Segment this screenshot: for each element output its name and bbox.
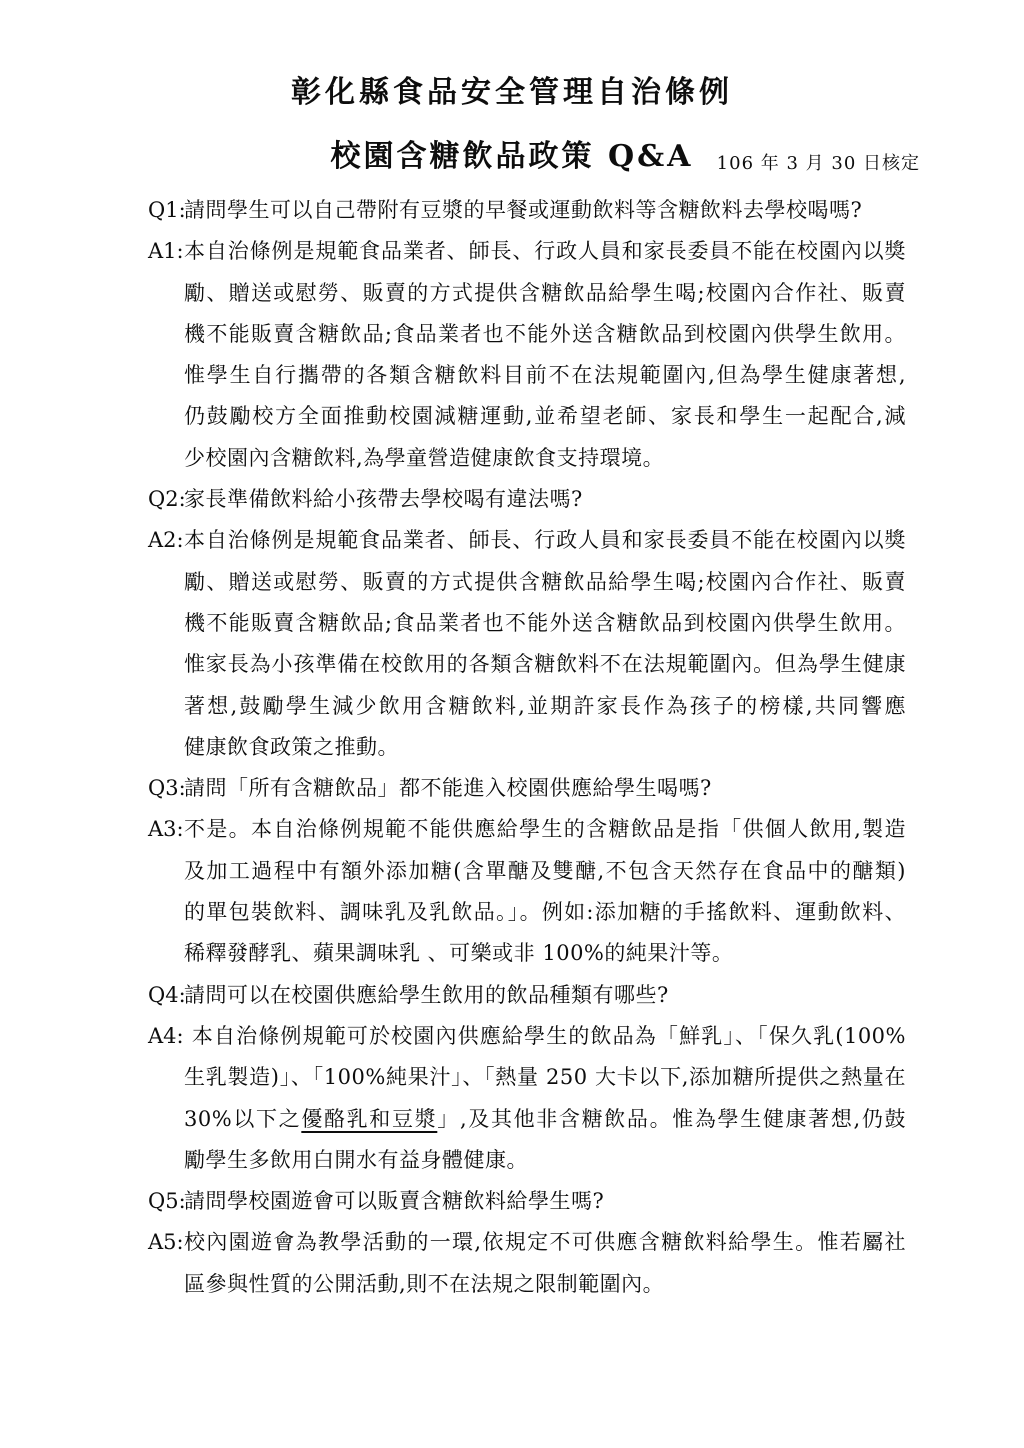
document-title: 彰化縣食品安全管理自治條例: [0, 74, 1024, 112]
qa-label-a3: A3:: [148, 809, 184, 850]
qa-lines: 請問學校園遊會可以販賣含糖飲料給學生嗎?: [184, 1181, 908, 1222]
qa-block-a1: A1: 本自治條例是規範食品業者、師長、行政人員和家長委員不能在校園內以獎 勵、…: [148, 231, 908, 479]
qa-line: 本自治條例是規範食品業者、師長、行政人員和家長委員不能在校園內以獎: [184, 520, 906, 561]
qa-line: 健康飲食政策之推動。: [184, 727, 906, 768]
qa-lines: 本自治條例是規範食品業者、師長、行政人員和家長委員不能在校園內以獎 勵、贈送或慰…: [184, 231, 908, 479]
qa-label-q3: Q3:: [148, 768, 186, 809]
qa-label-q2: Q2:: [148, 479, 186, 520]
qa-line: 校內園遊會為教學活動的一環,依規定不可供應含糖飲料給學生。惟若屬社: [184, 1222, 906, 1263]
qa-line: 惟學生自行攜帶的各類含糖飲料目前不在法規範圍內,但為學生健康著想,: [184, 355, 906, 396]
qa-line: 勵、贈送或慰勞、販賣的方式提供含糖飲品給學生喝;校園內合作社、販賣: [184, 273, 906, 314]
qa-line: 機不能販賣含糖飲品;食品業者也不能外送含糖飲品到校園內供學生飲用。: [184, 314, 906, 355]
document-page: 彰化縣食品安全管理自治條例 校園含糖飲品政策 Q&A 106 年 3 月 30 …: [0, 0, 1024, 1448]
qa-lines: 不是。本自治條例規範不能供應給學生的含糖飲品是指「供個人飲用,製造 及加工過程中…: [184, 809, 908, 974]
qa-label-a2: A2:: [148, 520, 184, 561]
qa-lines: 校內園遊會為教學活動的一環,依規定不可供應含糖飲料給學生。惟若屬社 區參與性質的…: [184, 1222, 908, 1305]
qa-line: 少校園內含糖飲料,為學童營造健康飲食支持環境。: [184, 438, 906, 479]
qa-block-a4: A4: 本自治條例規範可於校園內供應給學生的飲品為「鮮乳」、「保久乳(100% …: [148, 1016, 908, 1181]
qa-lines: 家長準備飲料給小孩帶去學校喝有違法嗎?: [184, 479, 908, 520]
qa-label-a5: A5:: [148, 1222, 184, 1263]
qa-label-a4: A4:: [148, 1016, 184, 1057]
qa-line: 家長準備飲料給小孩帶去學校喝有違法嗎?: [184, 479, 906, 520]
qa-lines: 請問「所有含糖飲品」都不能進入校園供應給學生喝嗎?: [184, 768, 908, 809]
qa-line: 請問可以在校園供應給學生飲用的飲品種類有哪些?: [184, 975, 906, 1016]
qa-lines: 請問可以在校園供應給學生飲用的飲品種類有哪些?: [184, 975, 908, 1016]
qa-block-a3: A3: 不是。本自治條例規範不能供應給學生的含糖飲品是指「供個人飲用,製造 及加…: [148, 809, 908, 974]
subtitle-row: 校園含糖飲品政策 Q&A 106 年 3 月 30 日核定: [0, 138, 1024, 176]
qa-body: Q1: 請問學生可以自己帶附有豆漿的早餐或運動飲料等含糖飲料去學校喝嗎? A1:…: [148, 190, 908, 1305]
qa-line: 勵學生多飲用白開水有益身體健康。: [184, 1140, 906, 1181]
qa-line: 不是。本自治條例規範不能供應給學生的含糖飲品是指「供個人飲用,製造: [184, 809, 906, 850]
qa-line: 稀釋發酵乳、蘋果調味乳 、可樂或非 100%的純果汁等。: [184, 933, 906, 974]
qa-line: 生乳製造)」、「100%純果汁」、「熱量 250 大卡以下,添加糖所提供之熱量在: [184, 1057, 906, 1098]
text-segment: 30%以下之: [184, 1107, 301, 1131]
qa-block-a5: A5: 校內園遊會為教學活動的一環,依規定不可供應含糖飲料給學生。惟若屬社 區參…: [148, 1222, 908, 1305]
qa-block-a2: A2: 本自治條例是規範食品業者、師長、行政人員和家長委員不能在校園內以獎 勵、…: [148, 520, 908, 768]
text-segment: 」,及其他非含糖飲品。惟為學生健康著想,仍鼓: [437, 1107, 906, 1131]
qa-line: 30%以下之優酪乳和豆漿」,及其他非含糖飲品。惟為學生健康著想,仍鼓: [184, 1099, 906, 1140]
qa-line: 機不能販賣含糖飲品;食品業者也不能外送含糖飲品到校園內供學生飲用。: [184, 603, 906, 644]
qa-label-a1: A1:: [148, 231, 184, 272]
qa-lines: 本自治條例是規範食品業者、師長、行政人員和家長委員不能在校園內以獎 勵、贈送或慰…: [184, 520, 908, 768]
qa-block-q5: Q5: 請問學校園遊會可以販賣含糖飲料給學生嗎?: [148, 1181, 908, 1222]
qa-block-q1: Q1: 請問學生可以自己帶附有豆漿的早餐或運動飲料等含糖飲料去學校喝嗎?: [148, 190, 908, 231]
qa-label-q4: Q4:: [148, 975, 186, 1016]
approval-date: 106 年 3 月 30 日核定: [717, 149, 920, 175]
qa-line: 勵、贈送或慰勞、販賣的方式提供含糖飲品給學生喝;校園內合作社、販賣: [184, 562, 906, 603]
qa-lines: 請問學生可以自己帶附有豆漿的早餐或運動飲料等含糖飲料去學校喝嗎?: [184, 190, 908, 231]
qa-line: 請問「所有含糖飲品」都不能進入校園供應給學生喝嗎?: [184, 768, 906, 809]
qa-block-q2: Q2: 家長準備飲料給小孩帶去學校喝有違法嗎?: [148, 479, 908, 520]
qa-line: 區參與性質的公開活動,則不在法規之限制範圍內。: [184, 1264, 906, 1305]
underlined-text: 優酪乳和豆漿: [301, 1107, 437, 1131]
qa-line: 惟家長為小孩準備在校飲用的各類含糖飲料不在法規範圍內。但為學生健康: [184, 644, 906, 685]
qa-line: 本自治條例規範可於校園內供應給學生的飲品為「鮮乳」、「保久乳(100%: [184, 1016, 906, 1057]
qa-line: 請問學生可以自己帶附有豆漿的早餐或運動飲料等含糖飲料去學校喝嗎?: [184, 190, 906, 231]
qa-block-q3: Q3: 請問「所有含糖飲品」都不能進入校園供應給學生喝嗎?: [148, 768, 908, 809]
qa-line: 仍鼓勵校方全面推動校園減糖運動,並希望老師、家長和學生一起配合,減: [184, 396, 906, 437]
qa-label-q1: Q1:: [148, 190, 186, 231]
qa-label-q5: Q5:: [148, 1181, 186, 1222]
qa-block-q4: Q4: 請問可以在校園供應給學生飲用的飲品種類有哪些?: [148, 975, 908, 1016]
qa-line: 著想,鼓勵學生減少飲用含糖飲料,並期許家長作為孩子的榜樣,共同響應: [184, 686, 906, 727]
qa-line: 本自治條例是規範食品業者、師長、行政人員和家長委員不能在校園內以獎: [184, 231, 906, 272]
qa-line: 請問學校園遊會可以販賣含糖飲料給學生嗎?: [184, 1181, 906, 1222]
qa-line: 及加工過程中有額外添加糖(含單醣及雙醣,不包含天然存在食品中的醣類): [184, 851, 906, 892]
qa-lines: 本自治條例規範可於校園內供應給學生的飲品為「鮮乳」、「保久乳(100% 生乳製造…: [184, 1016, 908, 1181]
qa-line: 的單包裝飲料、調味乳及乳飲品。」。例如:添加糖的手搖飲料、運動飲料、: [184, 892, 906, 933]
